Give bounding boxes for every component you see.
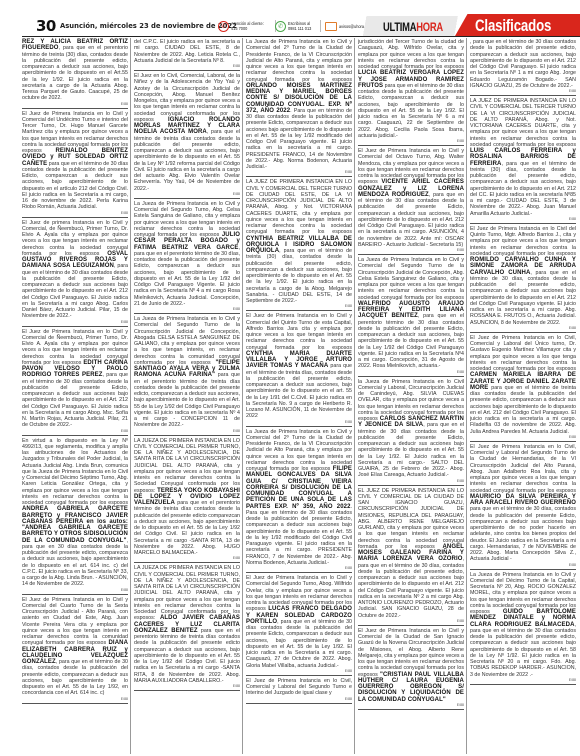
notice-text: para que en el perentorio término de tre… — [134, 372, 240, 428]
notice-text: , para que en el término de 30 días cont… — [470, 39, 576, 89]
notice-code: E/88 — [358, 139, 464, 143]
notice-code: E/88 — [358, 479, 464, 483]
notice-code: E/88 — [246, 669, 352, 673]
page-number: 30 — [36, 17, 56, 35]
notice-code: E/88 — [134, 556, 240, 560]
legal-notice: En virtud a lo dispuesto en la Ley Nº 49… — [22, 437, 128, 595]
notice-code: E/88 — [470, 89, 576, 93]
notice-text: para que en el perentorio término de tre… — [134, 500, 240, 556]
legal-notice: La Jueza de Primera Instancia en lo Civi… — [134, 200, 240, 314]
notice-text: jurisdicción del Tercer Turno de la ciud… — [358, 39, 464, 70]
legal-notice: La Jueza de Primera Instancia en lo Civi… — [246, 428, 352, 574]
notice-text: El Juez en lo Civil, Comercial, Laboral,… — [134, 73, 240, 123]
notice-text: , para que en el término de 30 días, con… — [22, 659, 128, 696]
publication-date: Asunción, miércoles 23 de noviembre de 2… — [60, 22, 237, 30]
spouses-names: FILIPE MANUEL GONCALVES DA SILVA GUIA C/… — [246, 466, 352, 510]
legal-notice: El Juez de Primera Instancia en lo Civil… — [358, 147, 464, 255]
legal-notice: , para que en el término de 30 días cont… — [470, 38, 576, 96]
notice-code: E/88 — [246, 170, 352, 174]
notice-text: , para que en el término de 30 días cont… — [470, 622, 576, 678]
whatsapp-contact: ✆ Escribinos al0981 111 013 — [275, 19, 321, 33]
notice-text: , para que en el término de 30 días, con… — [470, 270, 576, 326]
notice-code: E/88 — [22, 320, 128, 324]
notice-code: E/88 — [470, 678, 576, 682]
notice-text: El Juez de Primera Instancia en lo Civil… — [358, 628, 464, 678]
legal-notice: El Juez de Primera Instancia en lo Civil… — [358, 627, 464, 710]
whatsapp-number: 0981 111 013 — [288, 26, 311, 31]
notice-text: , para que en el término de treinta (30)… — [470, 161, 576, 217]
notice-text: , para que en el término de treinta (30)… — [246, 248, 352, 304]
notice-text: para que en el término de treinta días c… — [470, 385, 576, 435]
notice-text: . Para que en término de 30 días contado… — [246, 504, 352, 566]
section-banner: Clasificados — [455, 14, 580, 36]
notice-text: El Juez de Primera Instancia en lo Civil… — [22, 597, 128, 647]
legal-notice: LA JUEZA DE PRIMERA INSTANCIA EN LO CIVI… — [134, 437, 240, 564]
legal-notice: El Juez en lo Civil, Comercial, Laboral,… — [134, 72, 240, 199]
spouses-names: MAURICIO DA SILVA PEREIRA Y ARA ARACELI … — [470, 494, 576, 506]
notice-code: E/88 — [22, 211, 128, 215]
notice-code: E/88 — [358, 619, 464, 623]
notice-text: , para que en el término de 30 días cont… — [358, 422, 464, 478]
notice-text: El Juez de Primera Instancia en lo Civil… — [470, 335, 576, 372]
notice-text: La Jueza de Primera Instancia en lo Civi… — [246, 39, 352, 83]
legal-notice: El Juez de Primera Instancia en lo Civil… — [22, 110, 128, 218]
legal-notice: La Jueza de Primera Instancia en lo Civi… — [134, 315, 240, 436]
notice-code: E/88 — [358, 703, 464, 707]
notice-text: LA JUEZA DE PRIMERA INSTANCIA EN LO CIVI… — [134, 438, 240, 494]
legal-notice: La Jueza de Primera Instancia en lo Civi… — [358, 256, 464, 377]
legal-notice: El Juez de Primera Instancia en lo Civil… — [246, 677, 352, 704]
notice-text: del C.P.C. El juicio radica en la secret… — [134, 39, 240, 64]
notice-text: para que en el término de 30 días contad… — [358, 83, 464, 139]
notice-text: EL JUEZ DE PRIMERA INSTANCIA EN LO CIVIL… — [358, 488, 464, 550]
notice-code: E/88 — [134, 192, 240, 196]
notice-code: E/88 — [22, 429, 128, 433]
notice-text: , para que en 30 días contados desde la … — [22, 538, 128, 588]
notice-code: E/88 — [470, 563, 576, 567]
customer-service-phone: 415 7000 — [231, 26, 247, 31]
notice-text: , para que en el perentorio término de 3… — [358, 313, 464, 369]
column-5: , para que en el término de 30 días cont… — [470, 38, 578, 754]
notice-code: E/88 — [470, 326, 576, 330]
envelope-icon — [325, 22, 337, 31]
legal-notice: del C.P.C. El juicio radica en la secret… — [134, 38, 240, 71]
notice-code: E/88 — [134, 684, 240, 688]
legal-notice: jurisdicción del Tercer Turno de la ciud… — [358, 38, 464, 146]
notice-text: , para que el término de treinta días co… — [134, 129, 240, 191]
notice-code: E/88 — [246, 304, 352, 308]
legal-notice: El Juez de Primera Instancia en lo Civil… — [470, 334, 576, 442]
notice-text: . Para que en término de 30 días contado… — [246, 108, 352, 170]
divider — [320, 20, 321, 32]
notice-code: E/88 — [358, 248, 464, 252]
notice-text: El Juez de Primera Instancia en lo Civil… — [246, 313, 352, 350]
header-rule — [22, 36, 580, 37]
notice-code: E/88 — [470, 217, 576, 221]
column-1: REZ Y ALICIA BEATRIZ ORTIZ FIGUEREDO, pa… — [22, 38, 131, 754]
legal-notice: El Juez de Primera Instancia en lo Civil… — [470, 225, 576, 333]
legal-notice: El Juez de Primera Instancia en lo Civil… — [246, 574, 352, 676]
column-3: La Jueza de Primera Instancia en lo Civi… — [246, 38, 355, 754]
notice-text: La Jueza de Primera Instancia en lo Civi… — [358, 257, 464, 301]
notice-code: E/88 — [22, 588, 128, 592]
notice-text: para que en el término de 30 días, conta… — [470, 506, 576, 562]
legal-notice: LA JUEZA DE PRIMERA INSTANCIA EN LO CIVI… — [134, 564, 240, 691]
notice-text: , para que en el perentorio término de 3… — [134, 245, 240, 307]
notice-text: para que en el término de 30 días contad… — [22, 161, 128, 211]
notice-text: para que en el término de treinta días, … — [246, 363, 352, 419]
notice-text: El Juez de Primera Instancia en lo Civil… — [246, 678, 352, 697]
legal-notice: REZ Y ALICIA BEATRIZ ORTIZ FIGUEREDO, pa… — [22, 38, 128, 109]
notice-text: para que en el perentorio término de tre… — [134, 628, 240, 684]
notice-code: E/88 — [134, 429, 240, 433]
legal-notice: LA JUEZ DE PRIMERA INSTANCIA EN LO CIVIL… — [470, 97, 576, 224]
notice-text: La Jueza de Primera Instancia en lo Civi… — [134, 316, 240, 366]
legal-notice: El Juez de Primera Instancia en lo Civil… — [470, 443, 576, 570]
legal-notice: La Jueza de Primera Instancia en lo Civi… — [470, 571, 576, 685]
notice-text: En virtud a lo dispuesto en la Ley Nº 49… — [22, 438, 128, 507]
legal-notice: El Juez de primera Instancia en lo Civil… — [22, 219, 128, 327]
legal-notice: EL JUEZ DE PRIMERA INSTANCIA EN LO CIVIL… — [358, 487, 464, 626]
legal-notice: El Juez de Primera Instancia en lo Civil… — [22, 596, 128, 704]
legal-notice: la Jueza de Primera Instancia en lo Civi… — [358, 378, 464, 486]
notice-code: E/88 — [246, 566, 352, 570]
legal-notice: El Juez de Primera Instancia en lo Civil… — [246, 312, 352, 426]
notice-code: E/88 — [470, 435, 576, 439]
legal-notice: LA JUEZ DE PRIMERA INSTANCIA EN LO CIVIL… — [246, 178, 352, 311]
legal-notice: El Juez de Primera Instancia en lo Civil… — [22, 328, 128, 436]
notice-code: E/88 — [22, 697, 128, 701]
notice-text: , para que en el término de 30 días cont… — [358, 192, 464, 248]
spouses-names: ANDREA GABRIELA GARCETE BARRETO y FRANCI… — [22, 506, 128, 543]
notice-code: E/88 — [358, 370, 464, 374]
notice-text: , para que en el perentorio término de t… — [22, 45, 128, 101]
notice-text: , para que en el término de 30 días cont… — [246, 619, 352, 669]
notice-text: LA JUEZ DE PRIMERA INSTANCIA EN LO CIVIL… — [246, 179, 352, 235]
notice-text: , para que en el término de 30 días cont… — [22, 372, 128, 428]
notice-code: E/88 — [134, 307, 240, 311]
notice-text: LA JUEZ DE PRIMERA INSTANCIA EN LO CIVIL… — [470, 98, 576, 148]
notice-code: E/88 — [134, 64, 240, 68]
page-header: 30 Asunción, miércoles 23 de noviembre d… — [0, 0, 580, 36]
notice-text: El Juez de Primera Instancia en lo Civil… — [470, 444, 576, 494]
legal-notice: La Jueza de Primera Instancia en lo Civi… — [246, 38, 352, 177]
notice-code: E/88 — [246, 420, 352, 424]
whatsapp-icon: ✆ — [275, 21, 286, 32]
notice-text: LA JUEZA DE PRIMERA INSTANCIA EN LO CIVI… — [134, 565, 240, 621]
notice-text: , para que en el término de 30 días, con… — [358, 556, 464, 618]
notice-text: El Juez de Primera Instancia en lo Civil… — [470, 226, 576, 257]
newspaper-logo: ULTIMAHORA — [383, 20, 443, 34]
customer-service-contact: ✆ Atención al cliente:415 7000 — [218, 19, 276, 33]
classifieds-columns: REZ Y ALICIA BEATRIZ ORTIZ FIGUEREDO, pa… — [22, 38, 578, 754]
phone-icon: ✆ — [218, 21, 229, 32]
column-2: del C.P.C. El juicio radica en la secret… — [134, 38, 243, 754]
notice-code: E/88 — [22, 102, 128, 106]
notice-code: E/88 — [246, 697, 352, 701]
notice-text: , para que en el término de 30 días cont… — [22, 263, 128, 319]
section-title: Clasificados — [475, 16, 551, 36]
column-4: jurisdicción del Tercer Turno de la ciud… — [358, 38, 467, 754]
